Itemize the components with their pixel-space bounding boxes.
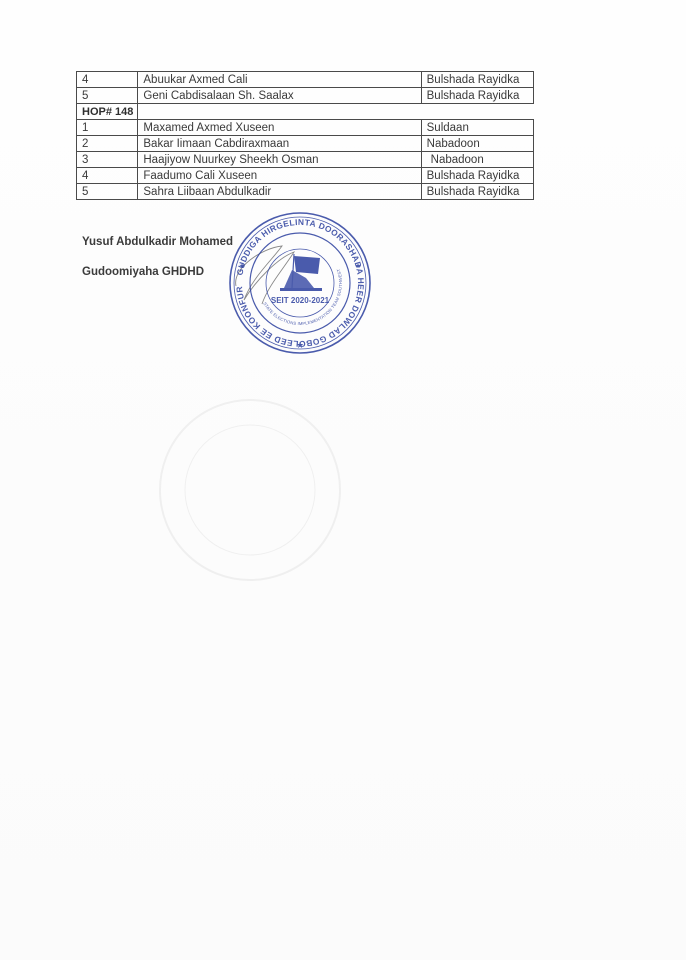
row-number: 4	[77, 168, 138, 184]
delegate-role: Bulshada Rayidka	[421, 168, 533, 184]
table-row: 5 Sahra Liibaan Abdulkadir Bulshada Rayi…	[77, 184, 534, 200]
delegate-role: Bulshada Rayidka	[421, 184, 533, 200]
svg-text:★: ★	[355, 262, 361, 270]
row-number: 2	[77, 136, 138, 152]
table-row: 1 Maxamed Axmed Xuseen Suldaan	[77, 120, 534, 136]
delegate-name: Abuukar Axmed Cali	[138, 72, 421, 88]
table-row: 4 Faadumo Cali Xuseen Bulshada Rayidka	[77, 168, 534, 184]
table-row: 3 Haajiyow Nuurkey Sheekh Osman Nabadoon	[77, 152, 534, 168]
row-number: 3	[77, 152, 138, 168]
document-page: 4 Abuukar Axmed Cali Bulshada Rayidka 5 …	[0, 0, 686, 960]
delegate-name: Faadumo Cali Xuseen	[138, 168, 421, 184]
row-number: 5	[77, 184, 138, 200]
delegate-name: Geni Cabdisalaan Sh. Saalax	[138, 88, 421, 104]
group-header-empty	[138, 104, 534, 120]
delegate-role: Suldaan	[421, 120, 533, 136]
row-number: 5	[77, 88, 138, 104]
delegate-name: Sahra Liibaan Abdulkadir	[138, 184, 421, 200]
paper-bleed-through	[120, 370, 380, 630]
delegate-name: Maxamed Axmed Xuseen	[138, 120, 421, 136]
delegate-name: Haajiyow Nuurkey Sheekh Osman	[138, 152, 421, 168]
signatory-title: Gudoomiyaha GHDHD	[82, 266, 204, 278]
group-header-row: HOP# 148	[77, 104, 534, 120]
table-row: 5 Geni Cabdisalaan Sh. Saalax Bulshada R…	[77, 88, 534, 104]
row-number: 1	[77, 120, 138, 136]
svg-text:★: ★	[296, 340, 304, 350]
svg-text:SEIT 2020-2021: SEIT 2020-2021	[271, 296, 330, 305]
table-row: 2 Bakar Iimaan Cabdiraxmaan Nabadoon	[77, 136, 534, 152]
delegate-role: Bulshada Rayidka	[421, 72, 533, 88]
delegate-role: Nabadoon	[421, 152, 533, 168]
delegate-role: Bulshada Rayidka	[421, 88, 533, 104]
svg-text:★: ★	[239, 262, 245, 270]
delegate-role: Nabadoon	[421, 136, 533, 152]
delegates-table: 4 Abuukar Axmed Cali Bulshada Rayidka 5 …	[76, 71, 534, 200]
table-row: 4 Abuukar Axmed Cali Bulshada Rayidka	[77, 72, 534, 88]
row-number: 4	[77, 72, 138, 88]
official-stamp-icon: GUDDIGA HIRGELINTA DOORASHADA HEER DOWLA…	[222, 208, 378, 358]
signatory-name: Yusuf Abdulkadir Mohamed	[82, 236, 233, 248]
delegate-name: Bakar Iimaan Cabdiraxmaan	[138, 136, 421, 152]
group-label: HOP# 148	[77, 104, 138, 120]
